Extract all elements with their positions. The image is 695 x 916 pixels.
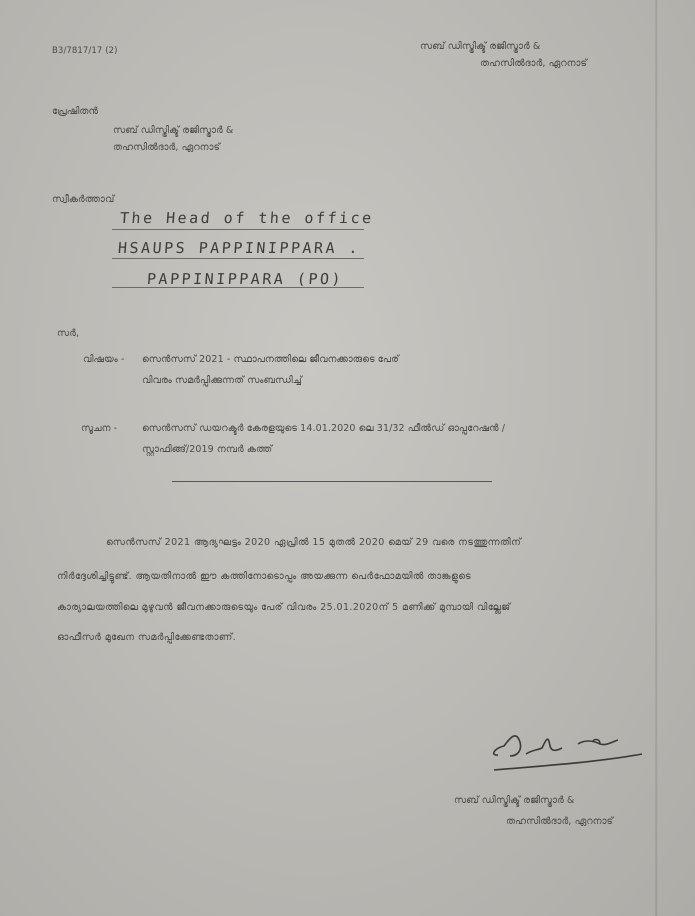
recipient-line2: HSAUPS PAPPINIPPARA . — [117, 239, 360, 257]
recipient-underline-2 — [112, 258, 364, 259]
signature-icon — [480, 720, 650, 780]
recipient-underline-1 — [112, 229, 364, 230]
salutation: സർ, — [57, 328, 79, 339]
recipient-underline-3 — [112, 287, 364, 288]
separator-line — [172, 481, 492, 482]
from-label: പ്രേഷിതൻ — [52, 106, 98, 117]
paper-fold-shadow — [655, 0, 658, 916]
signatory-line2: തഹസിൽദാർ, ഏറനാട് — [506, 816, 613, 827]
subject-line1: സെൻസസ് 2021 - സ്ഥാപനത്തിലെ ജീവനക്കാരുടെ … — [142, 354, 399, 365]
sender-header-line2: തഹസിൽദാർ, ഏറനാട് — [480, 58, 587, 69]
body-line1: സെൻസസ് 2021 ആദ്യഘട്ടം 2020 ഏപ്രിൽ 15 മുത… — [106, 537, 521, 548]
reference-line1: സെൻസസ് ഡയറക്ടർ കേരളയുടെ 14.01.2020 ലെ 31… — [142, 423, 505, 434]
body-line4: ഓഫീസർ മുഖേന സമർപ്പിക്കേണ്ടതാണ്. — [57, 632, 236, 643]
signatory-line1: സബ് ഡിസ്ട്രിക്ട് രജിസ്ട്രാർ & — [454, 795, 574, 806]
subject-label: വിഷയം - — [83, 354, 124, 365]
recipient-line3: PAPPINIPPARA (PO) — [146, 270, 343, 288]
reference-label: സൂചന - — [81, 423, 117, 434]
from-line1: സബ് ഡിസ്ട്രിക്ട് രജിസ്ട്രാർ & — [113, 125, 233, 136]
body-line3: കാര്യാലയത്തിലെ മുഴുവൻ ജീവനക്കാരുടെയും പേ… — [57, 602, 511, 613]
subject-line2: വിവരം സമർപ്പിക്കുന്നത് സംബന്ധിച്ച് — [142, 375, 302, 386]
reference-number: B3/7817/17 (2) — [52, 46, 118, 56]
recipient-line1: The Head of the office — [119, 209, 374, 227]
body-line2: നിർദ്ദേശിച്ചിട്ടുണ്ട്. ആയതിനാൽ ഈ കത്തിനോ… — [57, 571, 471, 582]
sender-header-line1: സബ് ഡിസ്ട്രിക്ട് രജിസ്ട്രാർ & — [420, 41, 540, 52]
reference-line2: സ്റ്റാഫിങ്ങ്/2019 നമ്പർ കത്ത് — [142, 444, 272, 455]
to-label: സ്വീകർത്താവ് — [52, 194, 114, 205]
from-line2: തഹസിൽദാർ, ഏറനാട് — [113, 142, 220, 153]
